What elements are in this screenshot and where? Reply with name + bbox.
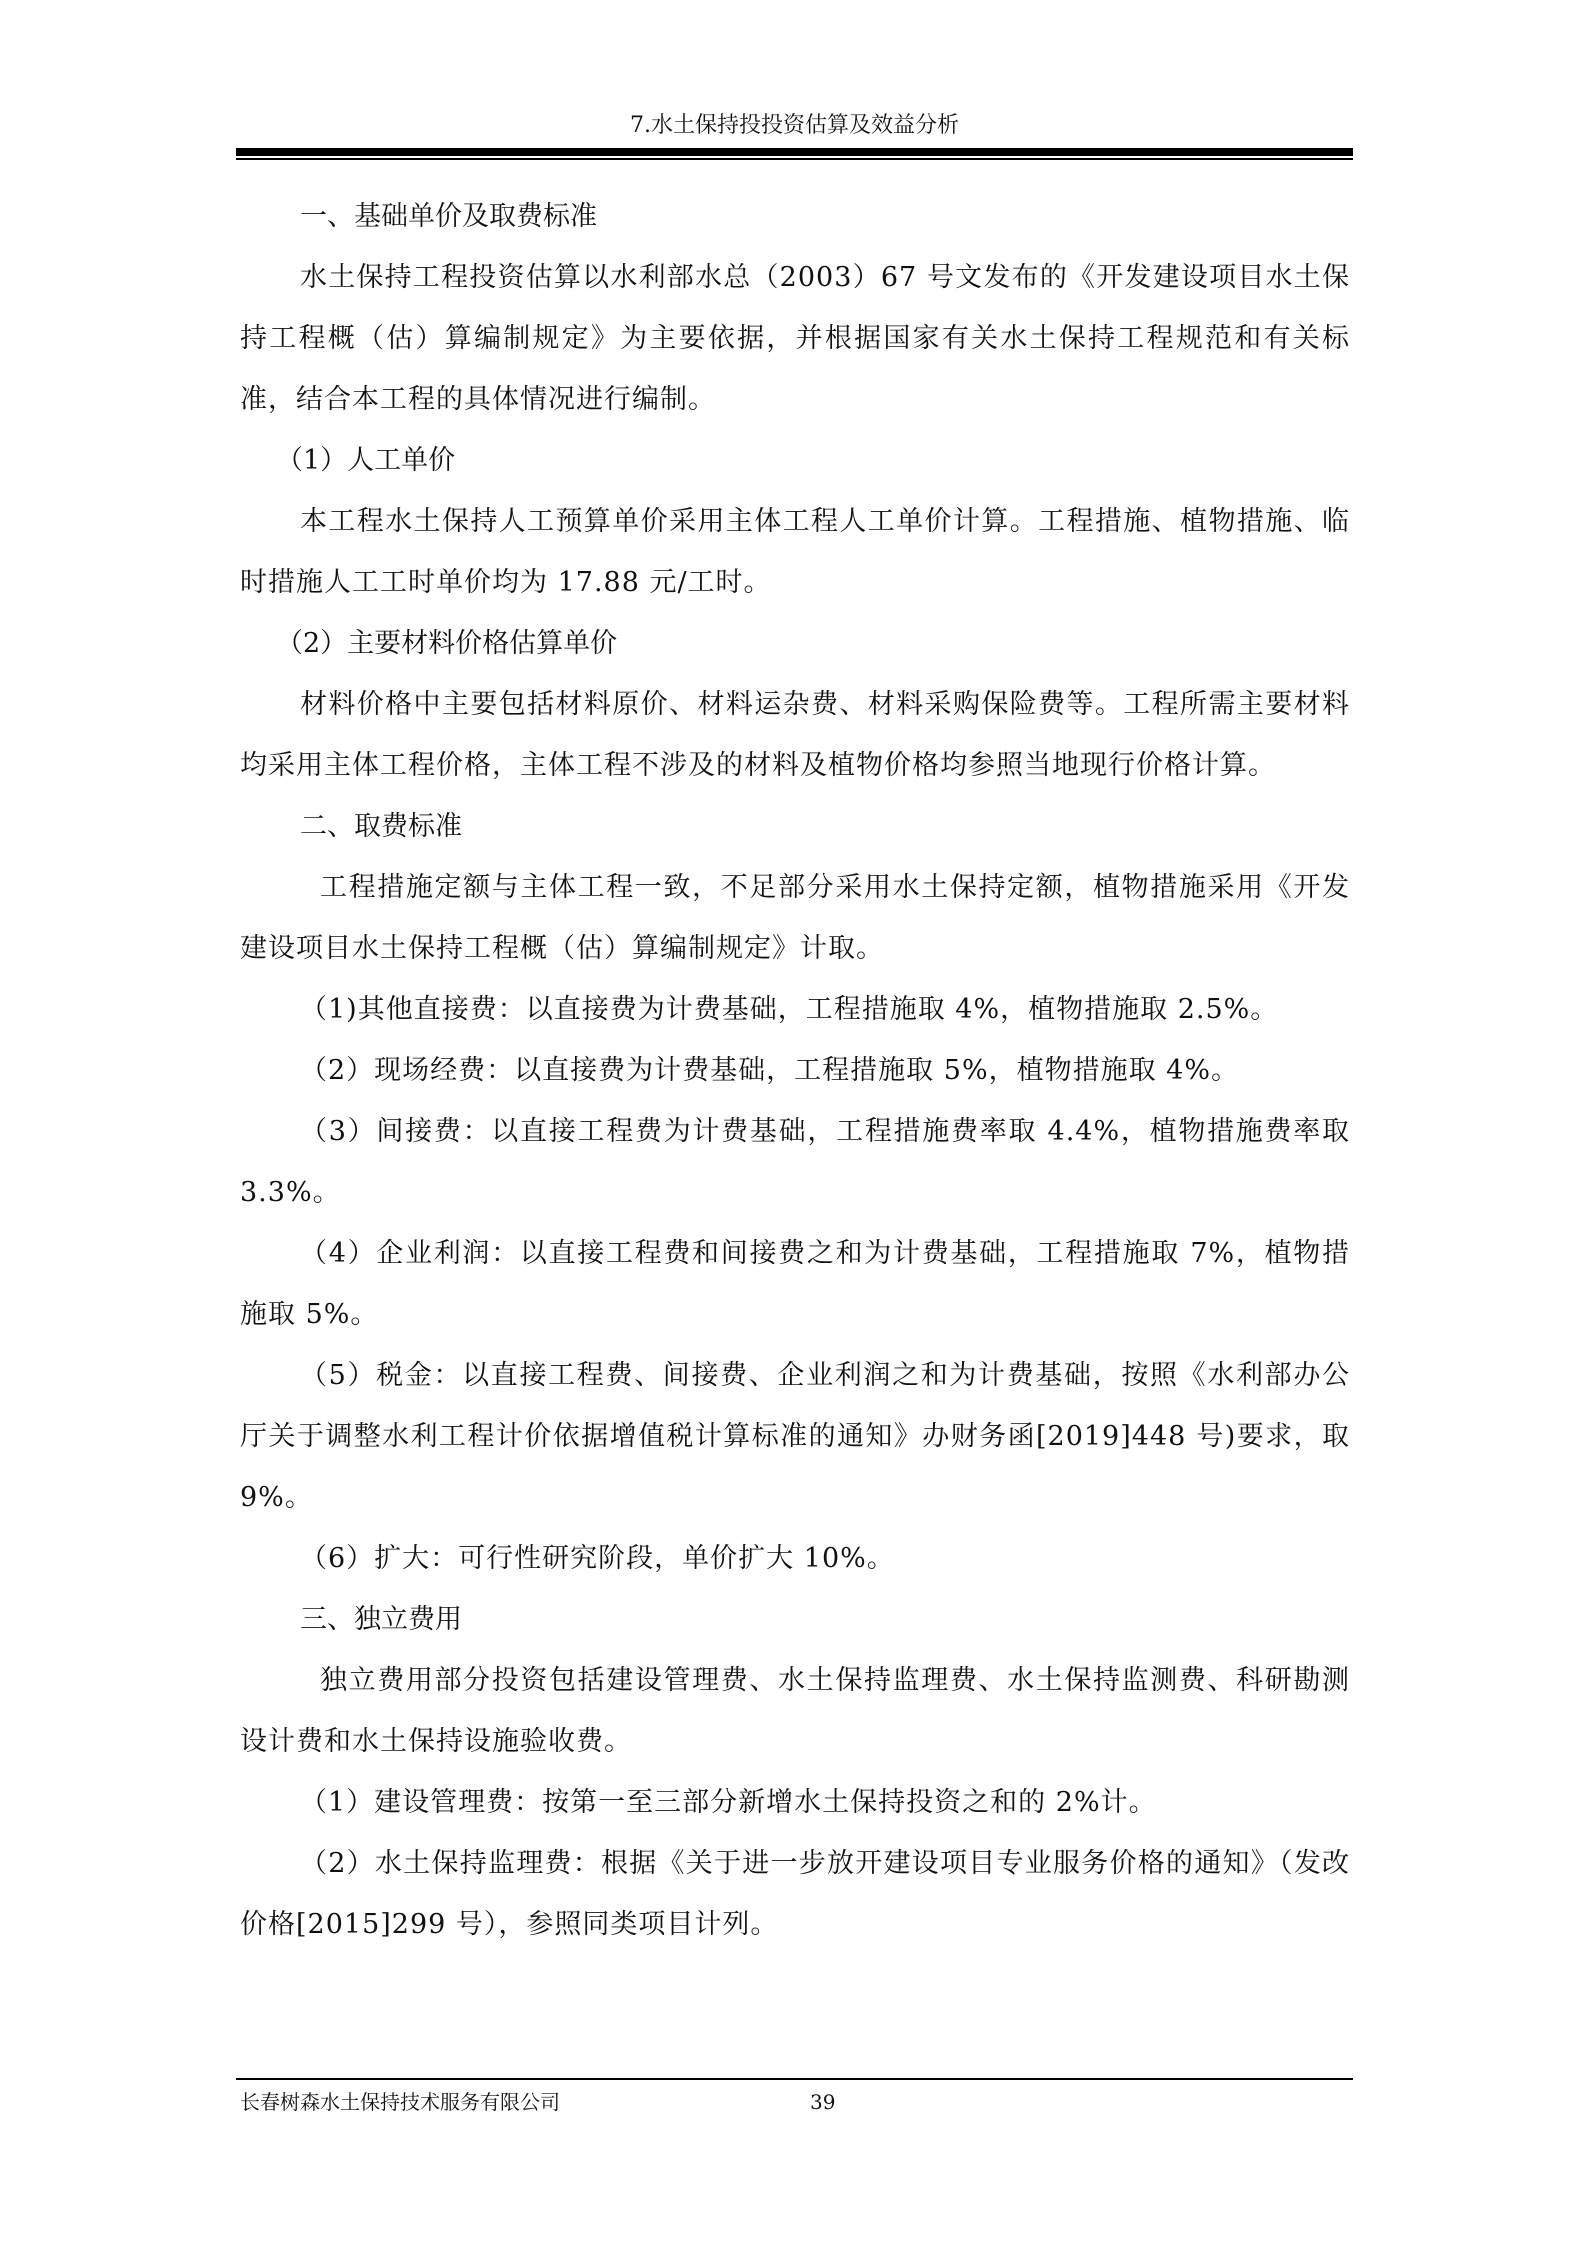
subheading-material-price: （2）主要材料价格估算单价 [240, 613, 1350, 674]
footer-company-name: 长春树森水土保持技术服务有限公司 [240, 2088, 560, 2116]
header-rule-thick [236, 148, 1353, 156]
list-item-profit: （4）企业利润：以直接工程费和间接费之和为计费基础，工程措施取 7%，植物措施取… [240, 1223, 1350, 1345]
section-heading-basic-unit-price: 一、基础单价及取费标准 [240, 186, 1350, 247]
footer-rule [236, 2078, 1353, 2080]
subheading-labor-price: （1）人工单价 [240, 430, 1350, 491]
list-item-supervision-fee: （2）水土保持监理费：根据《关于进一步放开建设项目专业服务价格的通知》（发改价格… [240, 1833, 1350, 1955]
paragraph-labor-price: 本工程水土保持人工预算单价采用主体工程人工单价计算。工程措施、植物措施、临时措施… [240, 491, 1350, 613]
page-body: 一、基础单价及取费标准 水土保持工程投资估算以水利部水总（2003）67 号文发… [240, 186, 1350, 1955]
section-heading-independent-fees: 三、独立费用 [240, 1589, 1350, 1650]
list-item-indirect-fee: （3）间接费：以直接工程费为计费基础，工程措施费率取 4.4%，植物措施费率取 … [240, 1101, 1350, 1223]
list-item-tax: （5）税金：以直接工程费、间接费、企业利润之和为计费基础，按照《水利部办公厅关于… [240, 1345, 1350, 1528]
list-item-site-fee: （2）现场经费：以直接费为计费基础，工程措施取 5%，植物措施取 4%。 [240, 1040, 1350, 1101]
list-item-construction-management-fee: （1）建设管理费：按第一至三部分新增水土保持投资之和的 2%计。 [240, 1772, 1350, 1833]
running-header-title: 7.水土保持投投资估算及效益分析 [236, 112, 1353, 140]
list-item-other-direct-fee: （1)其他直接费：以直接费为计费基础，工程措施取 4%，植物措施取 2.5%。 [240, 979, 1350, 1040]
page-number: 39 [810, 2088, 835, 2116]
section-heading-fee-standard: 二、取费标准 [240, 796, 1350, 857]
paragraph-material-price: 材料价格中主要包括材料原价、材料运杂费、材料采购保险费等。工程所需主要材料均采用… [240, 674, 1350, 796]
list-item-expansion: （6）扩大：可行性研究阶段，单价扩大 10%。 [240, 1528, 1350, 1589]
paragraph-independent-fees: 独立费用部分投资包括建设管理费、水土保持监理费、水土保持监测费、科研勘测设计费和… [240, 1650, 1350, 1772]
header-rule-thin [236, 158, 1353, 160]
paragraph-fee-standard: 工程措施定额与主体工程一致，不足部分采用水土保持定额，植物措施采用《开发建设项目… [240, 857, 1350, 979]
paragraph-estimate-basis: 水土保持工程投资估算以水利部水总（2003）67 号文发布的《开发建设项目水土保… [240, 247, 1350, 430]
